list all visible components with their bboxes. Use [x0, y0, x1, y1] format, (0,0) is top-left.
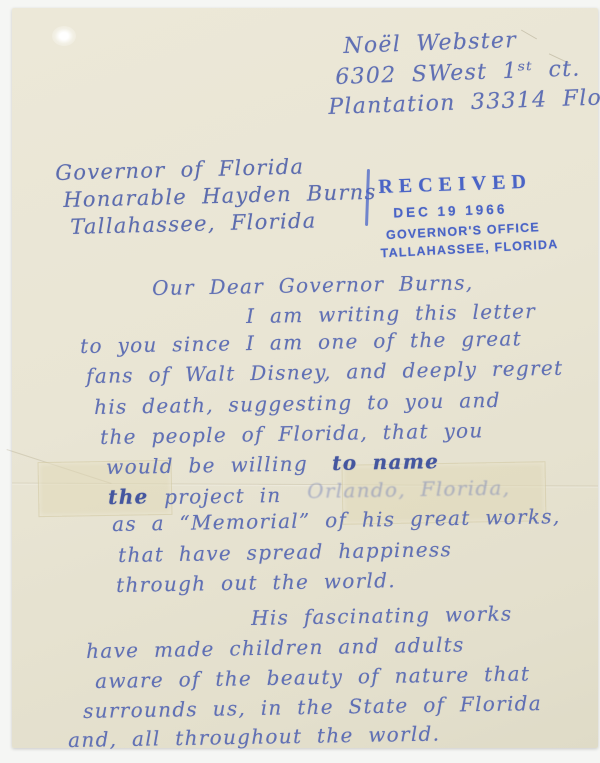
- body-line: his death, suggesting to you and: [94, 390, 501, 417]
- body-line: the people of Florida, that you: [100, 420, 484, 447]
- scanned-letter-page: Noël Webster 6302 SWest 1ˢᵗ ct. Plantati…: [0, 0, 600, 763]
- body-line: His fascinating works: [251, 603, 513, 628]
- paper-damage-spot: [52, 26, 76, 46]
- body-line-retraced: to name: [332, 451, 439, 473]
- stamp-received-text: RECEIVED: [378, 170, 549, 199]
- body-line: I am writing this letter: [246, 301, 536, 326]
- body-line-faded: Orlando, Florida,: [307, 477, 511, 501]
- body-line: and, all throughout the world.: [68, 724, 440, 750]
- sender-name: Noël Webster: [343, 30, 517, 58]
- body-line: through out the world.: [116, 570, 396, 595]
- received-stamp: RECEIVED DEC 19 1966 GOVERNOR'S OFFICE T…: [378, 170, 551, 259]
- body-line-retraced: the: [108, 486, 149, 507]
- body-line: project in: [164, 485, 282, 507]
- salutation: Our Dear Governor Burns,: [152, 272, 474, 298]
- body-line: would be willing: [106, 453, 308, 477]
- body-line: that have spread happiness: [118, 539, 452, 565]
- stamp-date: DEC 19 1966: [393, 200, 549, 220]
- body-line: have made children and adults: [86, 634, 465, 661]
